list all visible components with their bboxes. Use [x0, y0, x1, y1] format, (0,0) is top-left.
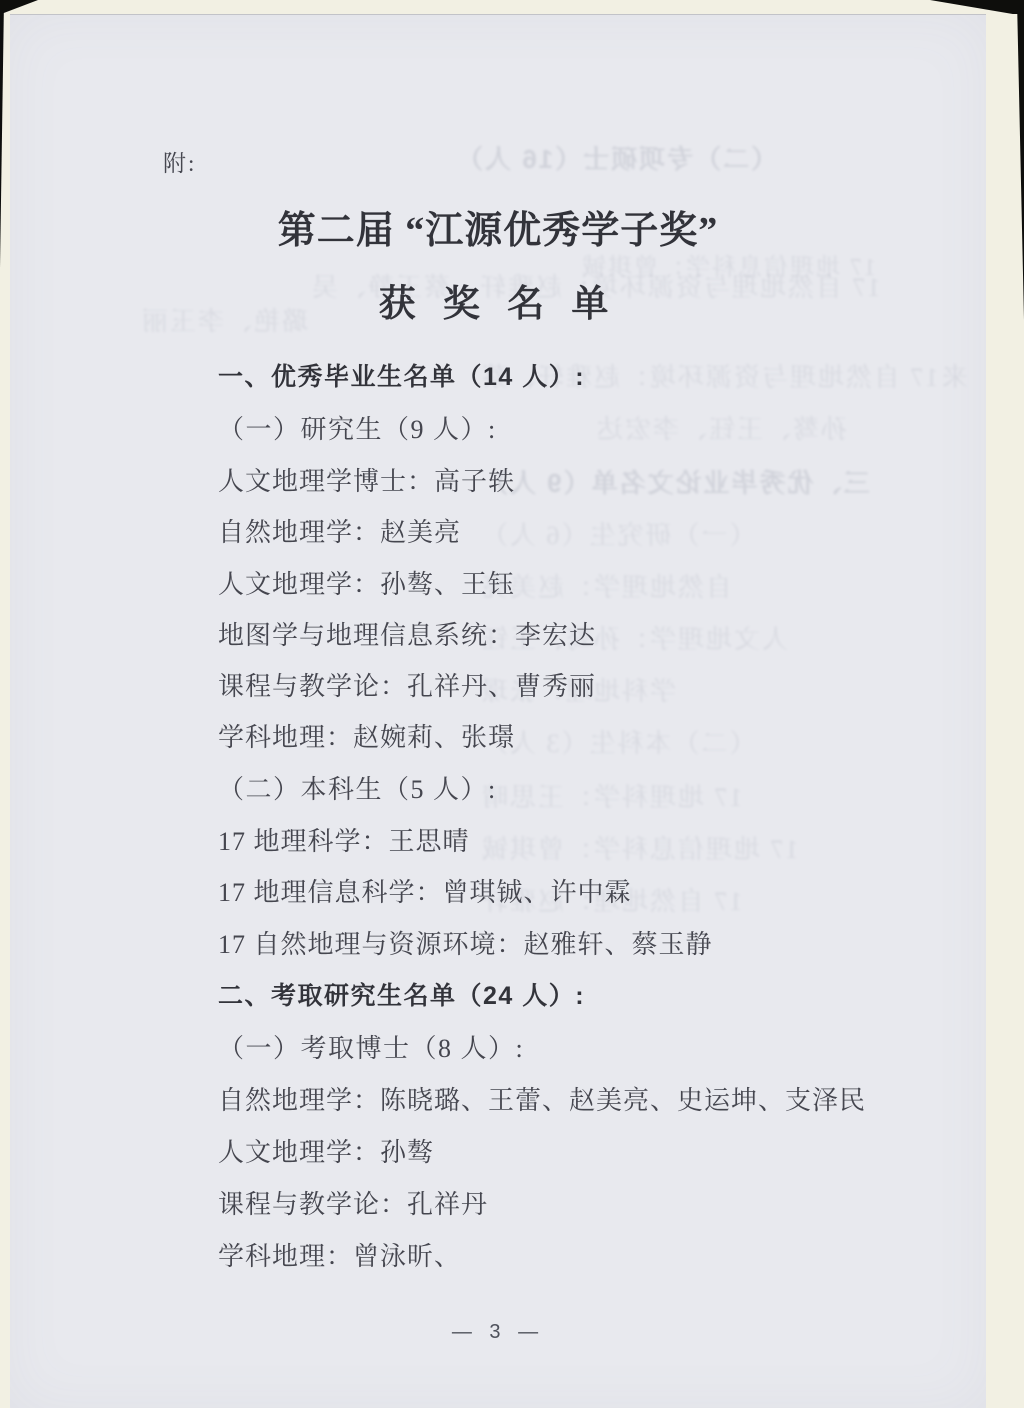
bleedthrough-line: 孙骜、王钰、李宏达 — [595, 409, 847, 446]
bleedthrough-line: 三、优秀毕业论文名单（9 人） — [480, 463, 870, 500]
doc-line: 人文地理学：孙骜、王钰 — [218, 564, 515, 601]
bleedthrough-line: （二）本科生（3 人） — [480, 723, 756, 760]
bleedthrough-line: （二）专项硕士（16 人） — [455, 139, 777, 176]
attachment-label: 附: — [163, 145, 196, 178]
doc-line: 课程与教学论：孔祥丹 — [218, 1184, 488, 1221]
bleedthrough-line: 来 — [940, 357, 968, 394]
doc-line: 学科地理：赵婉莉、张璟 — [218, 717, 515, 754]
scan-edge-left — [0, 0, 4, 268]
doc-line: 17 自然地理与资源环境：赵雅轩、蔡玉静 — [218, 924, 713, 961]
doc-line: 17 地理科学：王思晴 — [218, 821, 470, 858]
scan-edge-top-left — [0, 0, 38, 13]
scan-edge-right — [1017, 0, 1024, 320]
doc-line: 自然地理学：赵美亮 — [218, 512, 461, 549]
bleedthrough-line: （一）研究生（6 人） — [480, 515, 756, 552]
doc-line: 自然地理学：陈晓璐、王蕾、赵美亮、史运坤、支泽民 — [218, 1080, 866, 1117]
doc-line: 学科地理：曾泳昕、 — [218, 1236, 461, 1273]
bleedthrough-line: 自然地理学：赵美亮 — [480, 567, 732, 604]
doc-subtitle: 获 奖 名 单 — [10, 273, 986, 327]
bleedthrough-line: 17 地理信息科学：曾琪铖 — [480, 829, 799, 866]
page-number: — 3 — — [10, 1321, 986, 1344]
doc-line: 人文地理学：孙骜 — [218, 1132, 434, 1169]
doc-line: 二、考取研究生名单（24 人）: — [218, 976, 585, 1012]
doc-line: 课程与教学论：孔祥丹、曹秀丽 — [218, 666, 596, 703]
doc-title: 第二届 “江源优秀学子奖” — [10, 199, 986, 254]
scanned-page: （二）专项硕士（16 人） 17 地理信息科学：曾琪铖 17 自然地理与资源环境… — [0, 0, 1024, 1408]
bleedthrough-line: 17 地理科学：王思晴 — [480, 777, 743, 814]
doc-line: （一）研究生（9 人）: — [218, 409, 497, 446]
doc-line: （二）本科生（5 人）: — [218, 769, 497, 806]
doc-line: 地图学与地理信息系统：李宏达 — [218, 615, 596, 652]
document-page: （二）专项硕士（16 人） 17 地理信息科学：曾琪铖 17 自然地理与资源环境… — [10, 14, 986, 1408]
doc-line: （一）考取博士（8 人）: — [218, 1028, 524, 1065]
doc-line: 一、优秀毕业生名单（14 人）: — [218, 357, 585, 393]
doc-line: 人文地理学博士：高子轶 — [218, 461, 515, 498]
scan-edge-top-right — [930, 0, 1024, 14]
doc-line: 17 地理信息科学：曾琪铖、许中霖 — [218, 872, 632, 909]
